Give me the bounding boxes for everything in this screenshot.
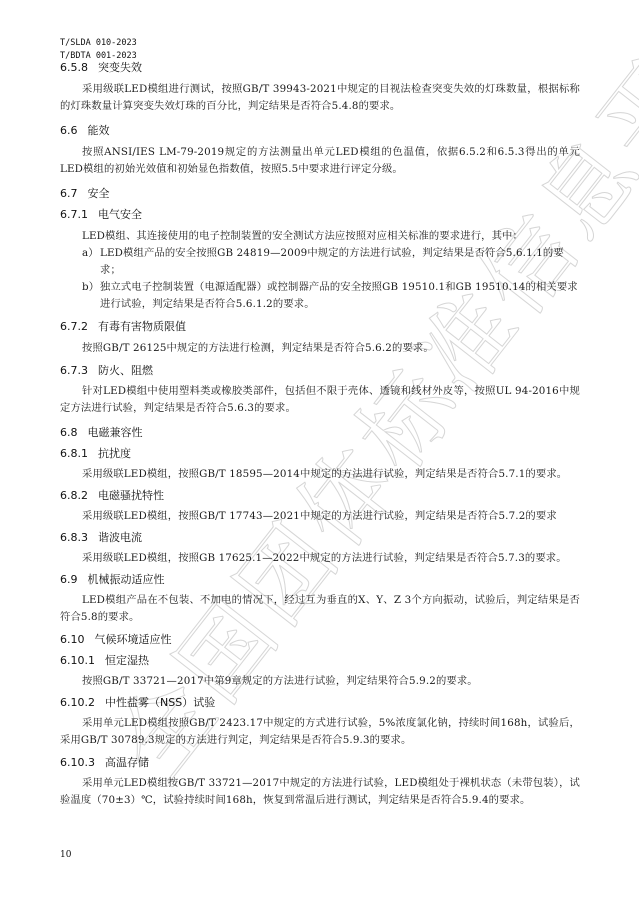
- paragraph: 采用级联LED模组，按照GB/T 17743—2021中规定的方法进行试验，判定…: [60, 508, 580, 525]
- list-text: LED模组产品的安全按照GB 24819—2009中规定的方法进行试验，判定结果…: [100, 245, 580, 279]
- section-title: 中性盐雾（NSS）试验: [105, 695, 215, 710]
- section-heading-6-7: 6.7 安全: [60, 186, 580, 201]
- section-number: 6.9: [60, 572, 78, 587]
- paragraph: 采用级联LED模组进行测试，按照GB/T 39943-2021中规定的目视法检查…: [60, 81, 580, 115]
- document-body: 6.5.8 突变失效 采用级联LED模组进行测试，按照GB/T 39943-20…: [60, 60, 580, 809]
- section-heading-6-7-1: 6.7.1 电气安全: [60, 207, 580, 222]
- section-number: 6.7.3: [60, 363, 88, 378]
- paragraph: 采用级联LED模组，按照GB 17625.1—2022中规定的方法进行试验，判定…: [60, 550, 580, 567]
- section-heading-6-10-1: 6.10.1 恒定湿热: [60, 653, 580, 668]
- section-number: 6.5.8: [60, 60, 88, 75]
- section-heading-6-8-2: 6.8.2 电磁骚扰特性: [60, 488, 580, 503]
- section-number: 6.6: [60, 123, 78, 138]
- section-number: 6.10.1: [60, 653, 95, 668]
- section-number: 6.8: [60, 425, 78, 440]
- section-title: 安全: [88, 186, 110, 201]
- section-title: 恒定湿热: [105, 653, 149, 668]
- section-heading-6-8-1: 6.8.1 抗扰度: [60, 446, 580, 461]
- section-title: 高温存储: [105, 755, 149, 770]
- section-title: 能效: [88, 123, 110, 138]
- list-item-a: a） LED模组产品的安全按照GB 24819—2009中规定的方法进行试验，判…: [60, 245, 580, 279]
- section-heading-6-10: 6.10 气候环境适应性: [60, 632, 580, 647]
- section-title: 突变失效: [98, 60, 142, 75]
- paragraph: LED模组产品在不包装、不加电的情况下，经过互为垂直的X、Y、Z 3个方向振动，…: [60, 592, 580, 626]
- section-number: 6.7: [60, 186, 78, 201]
- section-heading-6-7-3: 6.7.3 防火、阻燃: [60, 363, 580, 378]
- paragraph: 采用单元LED模组按照GB/T 2423.17中规定的方式进行试验，5%浓度氯化…: [60, 715, 580, 749]
- section-title: 防火、阻燃: [98, 363, 153, 378]
- section-heading-6-10-2: 6.10.2 中性盐雾（NSS）试验: [60, 695, 580, 710]
- list-text: 独立式电子控制装置（电源适配器）或控制器产品的安全按照GB 19510.1和GB…: [100, 279, 580, 313]
- paragraph: LED模组、其连接使用的电子控制装置的安全测试方法应按照对应相关标准的要求进行，…: [60, 228, 580, 245]
- page-number: 10: [60, 850, 71, 860]
- section-number: 6.8.1: [60, 446, 88, 461]
- section-heading-6-6: 6.6 能效: [60, 123, 580, 138]
- section-title: 电磁骚扰特性: [98, 488, 164, 503]
- section-number: 6.7.2: [60, 319, 88, 334]
- section-number: 6.10.3: [60, 755, 95, 770]
- standard-code-1: T/SLDA 010-2023: [60, 37, 137, 50]
- paragraph: 按照ANSI/IES LM-79-2019规定的方法测量出单元LED模组的色温值…: [60, 144, 580, 178]
- section-number: 6.10: [60, 632, 85, 647]
- section-heading-6-7-2: 6.7.2 有毒有害物质限值: [60, 319, 580, 334]
- paragraph: 针对LED模组中使用塑料类或橡胶类部件，包括但不限于壳体、透镜和线材外皮等，按照…: [60, 383, 580, 417]
- paragraph: 按照GB/T 33721—2017中第9章规定的方法进行试验，判定结果符合5.9…: [60, 673, 580, 690]
- list-marker: b）: [82, 279, 100, 313]
- section-heading-6-5-8: 6.5.8 突变失效: [60, 60, 580, 75]
- section-title: 机械振动适应性: [88, 572, 165, 587]
- paragraph: 采用级联LED模组，按照GB/T 18595—2014中规定的方法进行试验，判定…: [60, 466, 580, 483]
- section-title: 谐波电流: [98, 530, 142, 545]
- list-item-b: b） 独立式电子控制装置（电源适配器）或控制器产品的安全按照GB 19510.1…: [60, 279, 580, 313]
- section-number: 6.10.2: [60, 695, 95, 710]
- document-page: 全国团体标准信息平台 T/SLDA 010-2023 T/BDTA 001-20…: [0, 0, 639, 908]
- section-title: 抗扰度: [98, 446, 131, 461]
- section-number: 6.8.3: [60, 530, 88, 545]
- section-title: 电气安全: [98, 207, 142, 222]
- paragraph: 采用单元LED模组按GB/T 33721—2017中规定的方法进行试验，LED模…: [60, 775, 580, 809]
- section-heading-6-9: 6.9 机械振动适应性: [60, 572, 580, 587]
- paragraph: 按照GB/T 26125中规定的方法进行检测，判定结果是否符合5.6.2的要求。: [60, 340, 580, 357]
- section-heading-6-8-3: 6.8.3 谐波电流: [60, 530, 580, 545]
- section-heading-6-10-3: 6.10.3 高温存储: [60, 755, 580, 770]
- section-title: 气候环境适应性: [95, 632, 172, 647]
- section-number: 6.8.2: [60, 488, 88, 503]
- section-number: 6.7.1: [60, 207, 88, 222]
- list-marker: a）: [82, 245, 100, 279]
- section-title: 电磁兼容性: [88, 425, 143, 440]
- section-title: 有毒有害物质限值: [98, 319, 186, 334]
- section-heading-6-8: 6.8 电磁兼容性: [60, 425, 580, 440]
